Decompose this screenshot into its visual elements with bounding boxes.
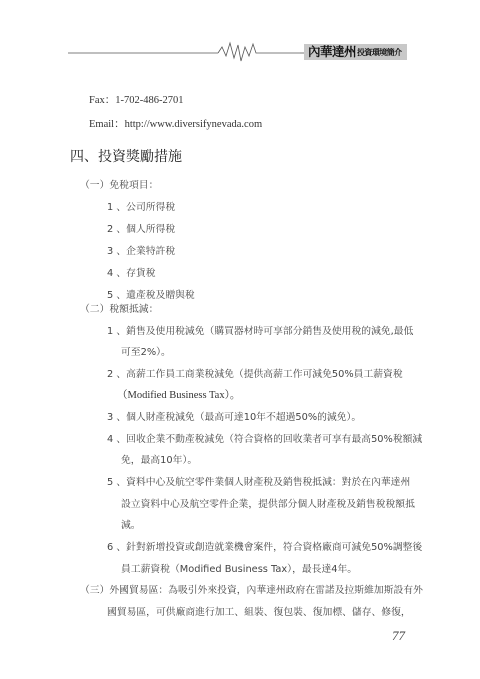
subsection-heading-3: （三）外國貿易區：為吸引外來投資，內華達州政府在雷諾及拉斯維加斯設有外 bbox=[80, 585, 423, 597]
list-item: 3 、個人財產稅減免（最高可達10年不超過50%的減免）。 bbox=[107, 412, 361, 424]
heartbeat-line-decoration bbox=[0, 36, 480, 66]
header-title-sub: 投資環境簡介 bbox=[357, 46, 401, 60]
list-item-continuation: 免，最高10年）。 bbox=[121, 455, 197, 467]
list-item: 2 、高薪工作員工商業稅減免（提供高薪工作可減免50%員工薪資稅 bbox=[107, 369, 403, 381]
list-item: 2 、個人所得稅 bbox=[107, 224, 175, 236]
list-item: 3 、企業特許稅 bbox=[107, 246, 175, 258]
subsection-heading-2: （二）稅額抵減： bbox=[80, 304, 158, 316]
list-item-continuation: 可至2%）。 bbox=[121, 347, 171, 359]
running-header: 內華達州 投資環境簡介 bbox=[0, 36, 480, 66]
list-item: 6 、針對新增投資或創造就業機會案件，符合資格廠商可減免50%調整後 bbox=[107, 542, 422, 554]
page-number: 77 bbox=[392, 628, 405, 644]
list-item: 5 、遺產稅及贈與稅 bbox=[107, 290, 195, 302]
list-item-continuation: 減。 bbox=[121, 520, 141, 532]
list-item-continuation: 員工薪資稅（Modified Business Tax），最長達4年。 bbox=[121, 564, 357, 576]
list-item-continuation: （Modified Business Tax）。 bbox=[117, 390, 240, 402]
fax-line: Fax：1-702-486-2701 bbox=[89, 95, 184, 107]
list-item: 1 、公司所得稅 bbox=[107, 202, 175, 214]
email-line: Email：http://www.diversifynevada.com bbox=[89, 119, 262, 131]
list-item: 5 、資料中心及航空零件業個人財產稅及銷售稅抵減：對於在內華達州 bbox=[107, 477, 410, 489]
list-item: 4 、回收企業不動產稅減免（符合資格的回收業者可享有最高50%稅額減 bbox=[107, 434, 422, 446]
list-item: 4 、存貨稅 bbox=[107, 268, 156, 280]
subsection-heading-1: （一）免稅項目： bbox=[80, 180, 158, 192]
section-title: 四、投資獎勵措施 bbox=[70, 146, 182, 166]
header-title-badge: 內華達州 投資環境簡介 bbox=[304, 44, 407, 60]
subsection-continuation: 國貿易區，可供廠商進行加工、組裝、復包裝、復加標、儲存、修復， bbox=[107, 607, 411, 619]
list-item: 1 、銷售及使用稅減免（購買器材時可享部分銷售及使用稅的減免,最低 bbox=[107, 326, 413, 338]
list-item-continuation: 設立資料中心及航空零件企業，提供部分個人財產稅及銷售稅稅額抵 bbox=[121, 499, 415, 511]
header-title-main: 內華達州 bbox=[308, 44, 356, 60]
